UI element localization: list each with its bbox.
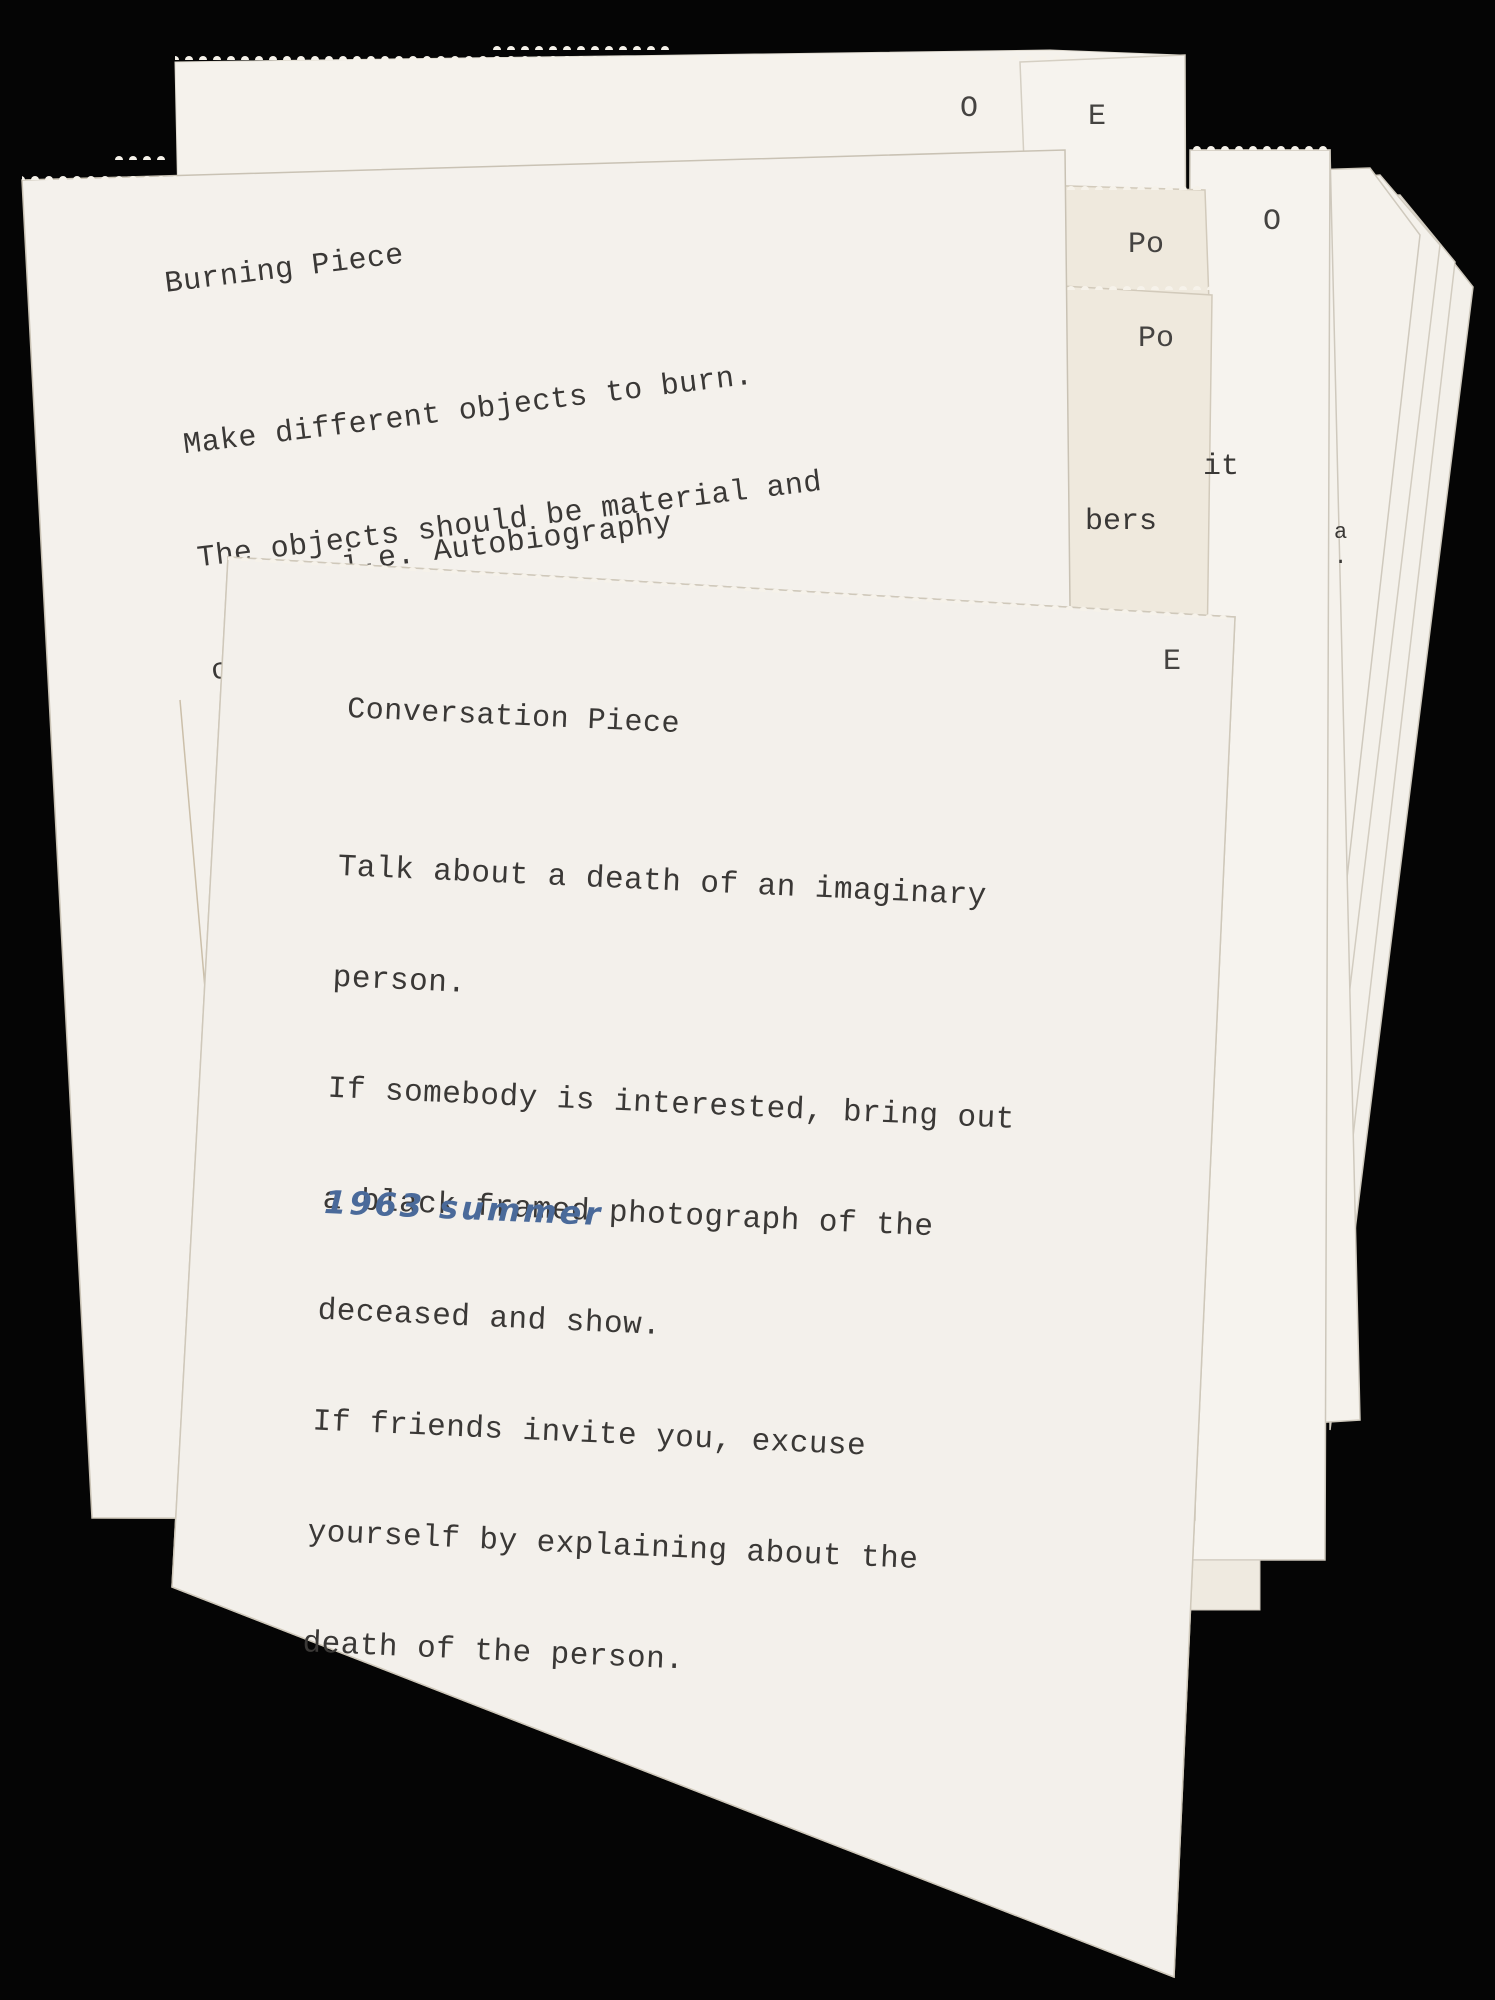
conversation-line: person. (332, 960, 1021, 1028)
card-stack-scene: O E Po Po O it bers a . Burning Piece Ma… (0, 0, 1495, 2000)
conversation-line: deceased and show. (317, 1292, 1006, 1360)
tab-label-e-front: E (1163, 645, 1181, 679)
conversation-line: Talk about a death of an imaginary (337, 849, 1026, 917)
conversation-line: yourself by explaining about the (307, 1514, 996, 1582)
conversation-line: If friends invite you, excuse (312, 1403, 1001, 1471)
conversation-piece-body: Talk about a death of an imaginary perso… (298, 775, 1029, 1767)
conversation-line: death of the person. (302, 1625, 991, 1693)
conversation-line: If somebody is interested, bring out (327, 1071, 1016, 1139)
